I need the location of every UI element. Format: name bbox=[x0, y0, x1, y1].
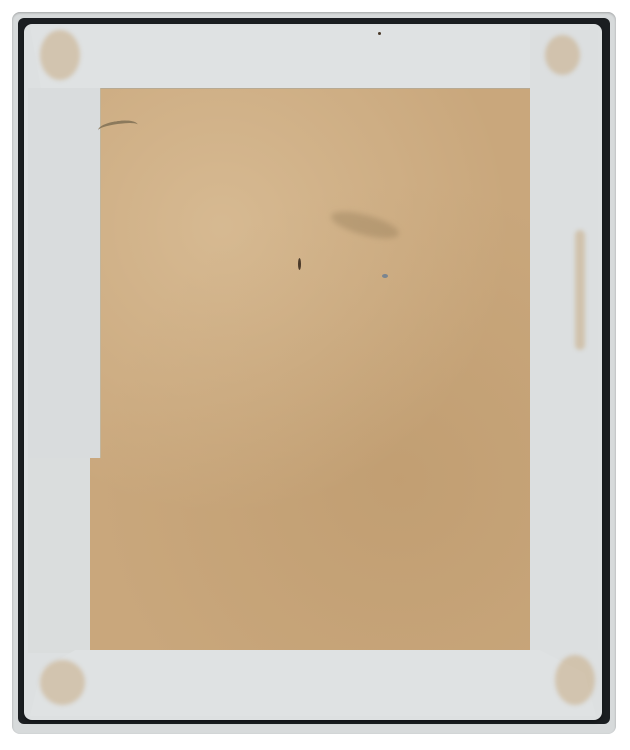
paper-tape-left-lower bbox=[28, 458, 90, 653]
kraft-backing-board bbox=[89, 85, 531, 650]
speck-mark bbox=[378, 32, 381, 35]
corner-stain-top-left bbox=[40, 30, 80, 80]
paper-tape-right bbox=[530, 30, 598, 650]
corner-stain-top-right bbox=[545, 35, 580, 75]
speck-mark bbox=[298, 258, 301, 270]
edge-stain-right bbox=[575, 230, 585, 350]
paper-tape-top bbox=[30, 26, 590, 89]
paper-tape-bottom bbox=[30, 650, 596, 716]
paper-tape-left-upper bbox=[28, 88, 101, 458]
corner-stain-bottom-right bbox=[555, 655, 595, 705]
speck-mark bbox=[382, 274, 388, 278]
corner-stain-bottom-left bbox=[40, 660, 85, 705]
